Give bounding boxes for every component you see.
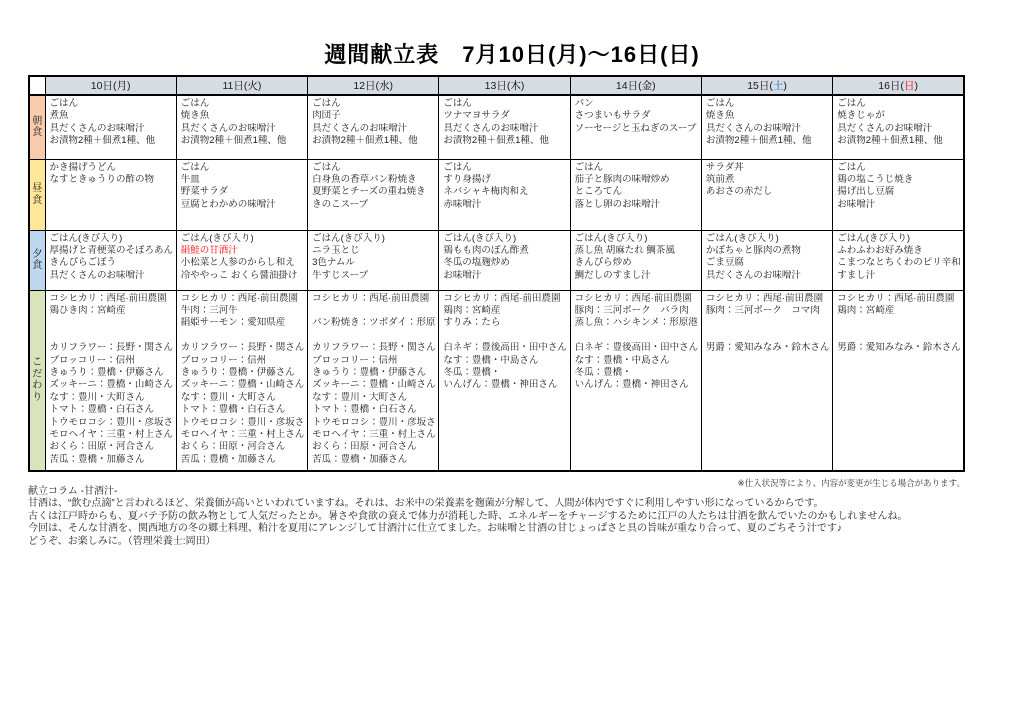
menu-item: 具だくさんのお味噌汁 — [312, 123, 435, 135]
menu-item: 鯛だしのすまし汁 — [575, 270, 698, 282]
menu-item: なす：豊橋・中島さん — [575, 355, 698, 367]
menu-item: ネバシャキ梅肉和え — [443, 186, 566, 198]
menu-item: いんげん：豊橋・神田さん — [575, 379, 698, 391]
meal-row-lunch: 昼食かき揚げうどんなすときゅうりの酢の物ごはん牛皿野菜サラダ豆腐とわかめの味噌汁… — [29, 159, 964, 230]
day-header-1: 11日(火) — [176, 76, 307, 95]
menu-item: すりみ：たら — [443, 317, 566, 329]
menu-item: 絹鮭の甘酒汁 — [181, 245, 304, 257]
menu-item: ズッキーニ：豊橋・山崎さん — [181, 379, 304, 391]
menu-item: 揚げ出し豆腐 — [837, 186, 960, 198]
menu-item: ごはん — [312, 162, 435, 174]
menu-cell-dinner-day6: ごはん(きび入り)ふわふわお好み焼きこまつなとちくわのピリ辛和えすまし汁 — [833, 230, 964, 290]
menu-item: おくら：田原・河合さん — [312, 441, 435, 453]
menu-item: ブロッコリー：信州 — [312, 355, 435, 367]
menu-item: ブロッコリー：信州 — [181, 355, 304, 367]
menu-cell-dinner-day4: ごはん(きび入り)蒸し魚 胡麻たれ 鯛茶風きんぴら炒め鯛だしのすまし汁 — [570, 230, 701, 290]
day-header-6: 16日(日) — [833, 76, 964, 95]
menu-item: ごはん — [443, 162, 566, 174]
menu-item: お漬物2種＋佃煮1種、他 — [312, 135, 435, 147]
menu-item: 鶏の塩こうじ焼き — [837, 174, 960, 186]
menu-item: すまし汁 — [837, 270, 960, 282]
menu-item: ごはん(きび入り) — [50, 233, 173, 245]
menu-item: 具だくさんのお味噌汁 — [443, 123, 566, 135]
menu-item: 肉団子 — [312, 110, 435, 122]
menu-item: お漬物2種＋佃煮1種、他 — [837, 135, 960, 147]
menu-item: お漬物2種＋佃煮1種、他 — [50, 135, 173, 147]
menu-item: 鶏肉：宮崎産 — [837, 305, 960, 317]
menu-item: コシヒカリ：西尾·前田農園 — [181, 293, 304, 305]
day-header-3: 13日(木) — [439, 76, 570, 95]
row-label-dinner: 夕食 — [29, 230, 45, 290]
menu-item: お味噌汁 — [443, 270, 566, 282]
menu-item: すり身揚げ — [443, 174, 566, 186]
menu-item: モロヘイヤ：三重・村上さん — [50, 429, 173, 441]
day-header-2: 12日(水) — [308, 76, 439, 95]
menu-item: トマト：豊橋・白石さん — [312, 404, 435, 416]
menu-item: サラダ丼 — [706, 162, 829, 174]
menu-cell-lunch-day3: ごはんすり身揚げネバシャキ梅肉和え赤味噌汁 — [439, 159, 570, 230]
menu-item: パン — [575, 98, 698, 110]
meal-row-breakfast: 朝食ごはん煮魚具だくさんのお味噌汁お漬物2種＋佃煮1種、他ごはん焼き魚具だくさん… — [29, 95, 964, 159]
menu-item — [706, 330, 829, 342]
menu-item: 豆腐とわかめの味噌汁 — [181, 199, 304, 211]
menu-item: なす：豊川・大町さん — [181, 392, 304, 404]
column-line-1: 甘酒は、“飲む点滴”と言われるほど、栄養価が高いといわれていますね。それは、お米… — [28, 498, 988, 510]
menu-item: ところてん — [575, 186, 698, 198]
corner-cell — [29, 76, 45, 95]
weekday-char: 金 — [642, 80, 653, 92]
menu-item: 冷ややっこ おくら醤油掛け — [181, 270, 304, 282]
menu-cell-dinner-day3: ごはん(きび入り)鶏もも肉のぽん酢煮冬瓜の塩麹炒めお味噌汁 — [439, 230, 570, 290]
menu-item: お漬物2種＋佃煮1種、他 — [706, 135, 829, 147]
menu-item: モロヘイヤ：三重・村上さん — [181, 429, 304, 441]
menu-table: 10日(月)11日(火)12日(水)13日(木)14日(金)15日(土)16日(… — [28, 75, 965, 472]
menu-item: ソーセージと玉ねぎのスープ — [575, 123, 698, 135]
menu-cell-dinner-day2: ごはん(きび入り)ニラ玉とじ3色ナムル牛すじスープ — [308, 230, 439, 290]
weekly-menu-page: 週間献立表 7月10日(月)～16日(日) 10日(月)11日(火)12日(水)… — [0, 0, 1024, 724]
menu-item: おくら：田原・河合さん — [181, 441, 304, 453]
menu-item — [575, 330, 698, 342]
menu-item: トマト：豊橋・白石さん — [50, 404, 173, 416]
menu-item: 冬瓜の塩麹炒め — [443, 257, 566, 269]
menu-item: ごはん — [50, 98, 173, 110]
row-label-breakfast: 朝食 — [29, 95, 45, 159]
menu-item: きゅうり：豊橋・伊藤さん — [312, 367, 435, 379]
menu-item: 鶏ひき肉：宮崎産 — [50, 305, 173, 317]
menu-item: トウモロコシ：豊川・彦坂さん — [50, 417, 173, 429]
day-header-row: 10日(月)11日(火)12日(水)13日(木)14日(金)15日(土)16日(… — [29, 76, 964, 95]
menu-item: ブロッコリー：信州 — [50, 355, 173, 367]
menu-cell-kodawari-day0: コシヒカリ：西尾·前田農園鶏ひき肉：宮崎産カリフラワー：長野・関さんブロッコリー… — [45, 290, 176, 471]
menu-item — [181, 330, 304, 342]
menu-item: 牛すじスープ — [312, 270, 435, 282]
menu-item: きんぴらごぼう — [50, 257, 173, 269]
day-header-5: 15日(土) — [701, 76, 832, 95]
meal-row-dinner: 夕食ごはん(きび入り)厚揚げと青梗菜のそぼろあんきんぴらごぼう具だくさんのお味噌… — [29, 230, 964, 290]
menu-cell-breakfast-day5: ごはん焼き魚具だくさんのお味噌汁お漬物2種＋佃煮1種、他 — [701, 95, 832, 159]
menu-item: 白ネギ：豊後高田・田中さん — [575, 342, 698, 354]
menu-item: コシヒカリ：西尾·前田農園 — [837, 293, 960, 305]
menu-item: 豚肉：三河ポーク バラ肉 — [575, 305, 698, 317]
menu-item: ごはん — [837, 162, 960, 174]
menu-item: ごはん — [443, 98, 566, 110]
menu-item: 鶏肉：宮崎産 — [443, 305, 566, 317]
menu-item: 鶏もも肉のぽん酢煮 — [443, 245, 566, 257]
menu-item: 白ネギ：豊後高田・田中さん — [443, 342, 566, 354]
menu-cell-kodawari-day2: コシヒカリ：西尾·前田農園パン粉焼き：ツボダイ：形原港カリフラワー：長野・関さん… — [308, 290, 439, 471]
menu-cell-kodawari-day5: コシヒカリ：西尾·前田農園豚肉：三河ポーク コマ肉男爵：愛知みなみ・鈴木さん — [701, 290, 832, 471]
menu-item: モロヘイヤ：三重・村上さん — [312, 429, 435, 441]
menu-item: ごはん — [181, 162, 304, 174]
menu-item: きゅうり：豊橋・伊藤さん — [50, 367, 173, 379]
menu-item: お漬物2種＋佃煮1種、他 — [443, 135, 566, 147]
menu-item: なす：豊橋・中島さん — [443, 355, 566, 367]
menu-item — [443, 330, 566, 342]
menu-item: コシヒカリ：西尾·前田農園 — [575, 293, 698, 305]
menu-item: ごはん(きび入り) — [706, 233, 829, 245]
menu-item: ごはん — [706, 98, 829, 110]
menu-item: 苦瓜：豊橋・加藤さん — [181, 454, 304, 466]
menu-item: 具だくさんのお味噌汁 — [706, 270, 829, 282]
menu-item — [837, 330, 960, 342]
menu-cell-breakfast-day0: ごはん煮魚具だくさんのお味噌汁お漬物2種＋佃煮1種、他 — [45, 95, 176, 159]
menu-item — [50, 317, 173, 329]
menu-item: ごはん(きび入り) — [181, 233, 304, 245]
menu-item: 落とし卵のお味噌汁 — [575, 199, 698, 211]
row-label-lunch: 昼食 — [29, 159, 45, 230]
menu-item: コシヒカリ：西尾·前田農園 — [312, 293, 435, 305]
menu-item: ズッキーニ：豊橋・山崎さん — [50, 379, 173, 391]
menu-item: 赤味噌汁 — [443, 199, 566, 211]
menu-item: 具だくさんのお味噌汁 — [50, 123, 173, 135]
weekday-char: 土 — [773, 80, 784, 92]
menu-item: なす：豊川・大町さん — [50, 392, 173, 404]
menu-cell-lunch-day5: サラダ丼筑前煮あおさの赤だし — [701, 159, 832, 230]
menu-item: カリフラワー：長野・関さん — [312, 342, 435, 354]
menu-item: 蒸し魚：ハシキンメ：形原港 — [575, 317, 698, 329]
menu-cell-lunch-day2: ごはん白身魚の香草パン粉焼き夏野菜とチーズの重ね焼ききのこスープ — [308, 159, 439, 230]
menu-item: あおさの赤だし — [706, 186, 829, 198]
menu-item: 牛皿 — [181, 174, 304, 186]
day-header-0: 10日(月) — [45, 76, 176, 95]
menu-item: パン粉焼き：ツボダイ：形原港 — [312, 317, 435, 329]
menu-item: 焼きじゃが — [837, 110, 960, 122]
menu-item — [706, 317, 829, 329]
menu-item: 白身魚の香草パン粉焼き — [312, 174, 435, 186]
menu-item: コシヒカリ：西尾·前田農園 — [50, 293, 173, 305]
menu-cell-dinner-day1: ごはん(きび入り)絹鮭の甘酒汁小松菜と人参のからし和え冷ややっこ おくら醤油掛け — [176, 230, 307, 290]
menu-item: カリフラワー：長野・関さん — [50, 342, 173, 354]
menu-item: ごはん — [181, 98, 304, 110]
menu-item — [312, 330, 435, 342]
menu-item: きんぴら炒め — [575, 257, 698, 269]
menu-item: 苦瓜：豊橋・加藤さん — [50, 454, 173, 466]
menu-item — [50, 330, 173, 342]
menu-item — [837, 317, 960, 329]
menu-item: 茄子と豚肉の味噌炒め — [575, 174, 698, 186]
menu-item: 具だくさんのお味噌汁 — [181, 123, 304, 135]
menu-item: 冬瓜：豊橋・ — [575, 367, 698, 379]
menu-item: 具だくさんのお味噌汁 — [50, 270, 173, 282]
menu-item: ふわふわお好み焼き — [837, 245, 960, 257]
menu-item: 焼き魚 — [181, 110, 304, 122]
menu-item: ズッキーニ：豊橋・山崎さん — [312, 379, 435, 391]
menu-item: きのこスープ — [312, 199, 435, 211]
menu-item: 蒸し魚 胡麻たれ 鯛茶風 — [575, 245, 698, 257]
menu-item: トマト：豊橋・白石さん — [181, 404, 304, 416]
meal-row-kodawari: こだわりコシヒカリ：西尾·前田農園鶏ひき肉：宮崎産カリフラワー：長野・関さんブロ… — [29, 290, 964, 471]
column-title: 献立コラム -甘酒汁- — [28, 486, 988, 498]
menu-item: 3色ナムル — [312, 257, 435, 269]
menu-item: カリフラワー：長野・関さん — [181, 342, 304, 354]
weekday-char: 水 — [379, 80, 390, 92]
menu-item: 野菜サラダ — [181, 186, 304, 198]
menu-item: ごはん — [312, 98, 435, 110]
menu-item: さつまいもサラダ — [575, 110, 698, 122]
menu-item: ごはん — [575, 162, 698, 174]
menu-cell-breakfast-day6: ごはん焼きじゃが具だくさんのお味噌汁お漬物2種＋佃煮1種、他 — [833, 95, 964, 159]
menu-item: お味噌汁 — [837, 199, 960, 211]
menu-cell-kodawari-day3: コシヒカリ：西尾·前田農園鶏肉：宮崎産すりみ：たら白ネギ：豊後高田・田中さんなす… — [439, 290, 570, 471]
menu-cell-lunch-day4: ごはん茄子と豚肉の味噌炒めところてん落とし卵のお味噌汁 — [570, 159, 701, 230]
menu-item: 絹姫サーモン：愛知県産 — [181, 317, 304, 329]
menu-item: 具だくさんのお味噌汁 — [837, 123, 960, 135]
weekday-char: 木 — [510, 80, 521, 92]
menu-item: 苦瓜：豊橋・加藤さん — [312, 454, 435, 466]
menu-item: コシヒカリ：西尾·前田農園 — [706, 293, 829, 305]
menu-cell-kodawari-day6: コシヒカリ：西尾·前田農園鶏肉：宮崎産男爵：愛知みなみ・鈴木さん — [833, 290, 964, 471]
menu-item: かぼちゃと豚肉の煮物 — [706, 245, 829, 257]
menu-item: 男爵：愛知みなみ・鈴木さん — [837, 342, 960, 354]
menu-item: 牛肉：三河牛 — [181, 305, 304, 317]
menu-item — [312, 305, 435, 317]
menu-item: お漬物2種＋佃煮1種、他 — [181, 135, 304, 147]
menu-item: ごはん(きび入り) — [837, 233, 960, 245]
column-line-4: どうぞ、お楽しみに。（管理栄養士:岡田） — [28, 536, 988, 548]
menu-cell-dinner-day0: ごはん(きび入り)厚揚げと青梗菜のそぼろあんきんぴらごぼう具だくさんのお味噌汁 — [45, 230, 176, 290]
menu-cell-lunch-day0: かき揚げうどんなすときゅうりの酢の物 — [45, 159, 176, 230]
menu-item: おくら：田原・河合さん — [50, 441, 173, 453]
day-header-4: 14日(金) — [570, 76, 701, 95]
menu-cell-lunch-day1: ごはん牛皿野菜サラダ豆腐とわかめの味噌汁 — [176, 159, 307, 230]
weekday-char: 火 — [247, 80, 258, 92]
menu-item: トウモロコシ：豊川・彦坂さん — [312, 417, 435, 429]
menu-item: ツナマヨサラダ — [443, 110, 566, 122]
menu-item: 煮魚 — [50, 110, 173, 122]
weekday-char: 月 — [116, 80, 127, 92]
menu-item: コシヒカリ：西尾·前田農園 — [443, 293, 566, 305]
menu-item: なす：豊川・大町さん — [312, 392, 435, 404]
column-line-3: 今回は、そんな甘酒を、関西地方の冬の郷土料理、粕汁を夏用にアレンジして甘酒汁に仕… — [28, 523, 988, 535]
menu-item: 焼き魚 — [706, 110, 829, 122]
menu-item: ごはん(きび入り) — [575, 233, 698, 245]
menu-cell-kodawari-day1: コシヒカリ：西尾·前田農園牛肉：三河牛絹姫サーモン：愛知県産カリフラワー：長野・… — [176, 290, 307, 471]
menu-item: 筑前煮 — [706, 174, 829, 186]
menu-item: ごま豆腐 — [706, 257, 829, 269]
menu-item: いんげん：豊橋・神田さん — [443, 379, 566, 391]
menu-item: ごはん(きび入り) — [443, 233, 566, 245]
menu-item: 冬瓜：豊橋・ — [443, 367, 566, 379]
menu-cell-breakfast-day4: パンさつまいもサラダソーセージと玉ねぎのスープ — [570, 95, 701, 159]
menu-cell-kodawari-day4: コシヒカリ：西尾·前田農園豚肉：三河ポーク バラ肉蒸し魚：ハシキンメ：形原港白ネ… — [570, 290, 701, 471]
menu-cell-dinner-day5: ごはん(きび入り)かぼちゃと豚肉の煮物ごま豆腐具だくさんのお味噌汁 — [701, 230, 832, 290]
row-label-kodawari: こだわり — [29, 290, 45, 471]
menu-cell-lunch-day6: ごはん鶏の塩こうじ焼き揚げ出し豆腐お味噌汁 — [833, 159, 964, 230]
menu-item: 具だくさんのお味噌汁 — [706, 123, 829, 135]
menu-item: 小松菜と人参のからし和え — [181, 257, 304, 269]
menu-item: こまつなとちくわのピリ辛和え — [837, 257, 960, 269]
menu-cell-breakfast-day3: ごはんツナマヨサラダ具だくさんのお味噌汁お漬物2種＋佃煮1種、他 — [439, 95, 570, 159]
page-title: 週間献立表 7月10日(月)～16日(日) — [0, 38, 1024, 69]
menu-item: 男爵：愛知みなみ・鈴木さん — [706, 342, 829, 354]
menu-cell-breakfast-day1: ごはん焼き魚具だくさんのお味噌汁お漬物2種＋佃煮1種、他 — [176, 95, 307, 159]
menu-column: 献立コラム -甘酒汁- 甘酒は、“飲む点滴”と言われるほど、栄養価が高いといわれ… — [28, 486, 988, 548]
menu-item: トウモロコシ：豊川・彦坂さん — [181, 417, 304, 429]
weekday-char: 日 — [904, 80, 915, 92]
menu-item: ごはん — [837, 98, 960, 110]
menu-item: 夏野菜とチーズの重ね焼き — [312, 186, 435, 198]
menu-item: 豚肉：三河ポーク コマ肉 — [706, 305, 829, 317]
menu-item: ニラ玉とじ — [312, 245, 435, 257]
menu-item: かき揚げうどん — [50, 162, 173, 174]
menu-item: なすときゅうりの酢の物 — [50, 174, 173, 186]
menu-item: ごはん(きび入り) — [312, 233, 435, 245]
column-line-2: 古くは江戸時からも、夏バテ予防の飲み物として人気だったとか。暑さや食欲の衰えで体… — [28, 511, 988, 523]
menu-item: 厚揚げと青梗菜のそぼろあん — [50, 245, 173, 257]
menu-item: きゅうり：豊橋・伊藤さん — [181, 367, 304, 379]
menu-cell-breakfast-day2: ごはん肉団子具だくさんのお味噌汁お漬物2種＋佃煮1種、他 — [308, 95, 439, 159]
